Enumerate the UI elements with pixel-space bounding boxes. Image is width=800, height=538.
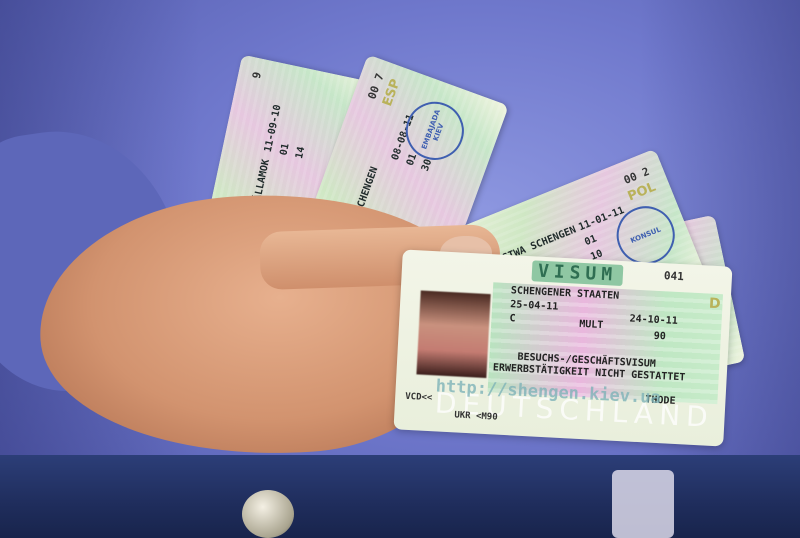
belt-buckle — [242, 490, 294, 538]
mrz-line-1: VCD<< — [405, 392, 433, 403]
duration: 90 — [653, 331, 666, 343]
visa-line: 14 — [294, 146, 307, 160]
mrz-line-2: UKR <M90 — [454, 410, 498, 422]
belt-loop — [612, 470, 674, 538]
visa-line: 01 — [583, 233, 598, 248]
visa-category: C — [509, 313, 516, 324]
visa-number: 9 — [250, 71, 264, 80]
entries: MULT — [579, 319, 604, 331]
holder-photo — [416, 290, 490, 378]
visa-line: 01 — [278, 142, 291, 156]
visa-number: 041 — [664, 269, 685, 283]
visa-type: D — [708, 296, 720, 313]
visa-germany: VISUM 041 D SCHENGENER STAATEN 25-04-11 … — [394, 249, 733, 446]
visa-header: VISUM — [531, 260, 623, 286]
jeans — [0, 455, 800, 538]
